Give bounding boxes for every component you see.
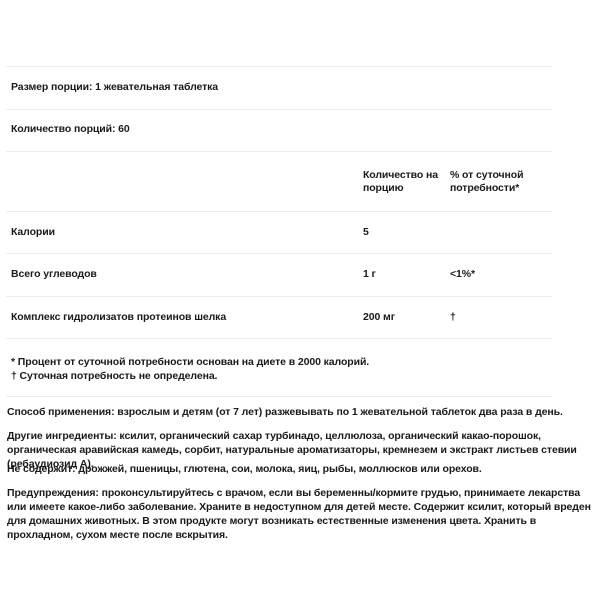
divider — [6, 109, 552, 110]
divider — [6, 151, 552, 152]
footnote-daily-value: * Процент от суточной потребности основа… — [11, 355, 369, 369]
divider — [6, 66, 552, 67]
divider — [6, 253, 552, 254]
nutrient-amount: 5 — [363, 226, 369, 239]
divider — [6, 338, 552, 339]
divider — [6, 396, 552, 397]
nutrient-name: Калории — [11, 226, 55, 239]
footnotes: * Процент от суточной потребности основа… — [11, 355, 369, 383]
nutrient-amount: 1 г — [363, 268, 376, 281]
serving-size: Размер порции: 1 жевательная таблетка — [11, 81, 218, 94]
header-daily-value: % от суточной потребности* — [450, 169, 523, 195]
nutrient-name: Всего углеводов — [11, 268, 97, 281]
servings-per-container: Количество порций: 60 — [11, 123, 130, 136]
divider — [6, 296, 552, 297]
usage-directions: Способ применения: взрослым и детям (от … — [7, 405, 597, 419]
nutrient-daily-value: † — [450, 311, 456, 324]
free-of-allergens: Не содержит: дрожжей, пшеницы, глютена, … — [7, 462, 597, 476]
footnote-not-established: † Суточная потребность не определена. — [11, 369, 369, 383]
nutrient-amount: 200 мг — [363, 311, 395, 324]
header-amount-per-serving: Количество на порцию — [363, 169, 438, 195]
nutrient-daily-value: <1%* — [450, 268, 475, 281]
warnings: Предупреждения: проконсультируйтесь с вр… — [7, 486, 597, 542]
divider — [6, 211, 552, 212]
nutrient-name: Комплекс гидролизатов протеинов шелка — [11, 311, 226, 324]
